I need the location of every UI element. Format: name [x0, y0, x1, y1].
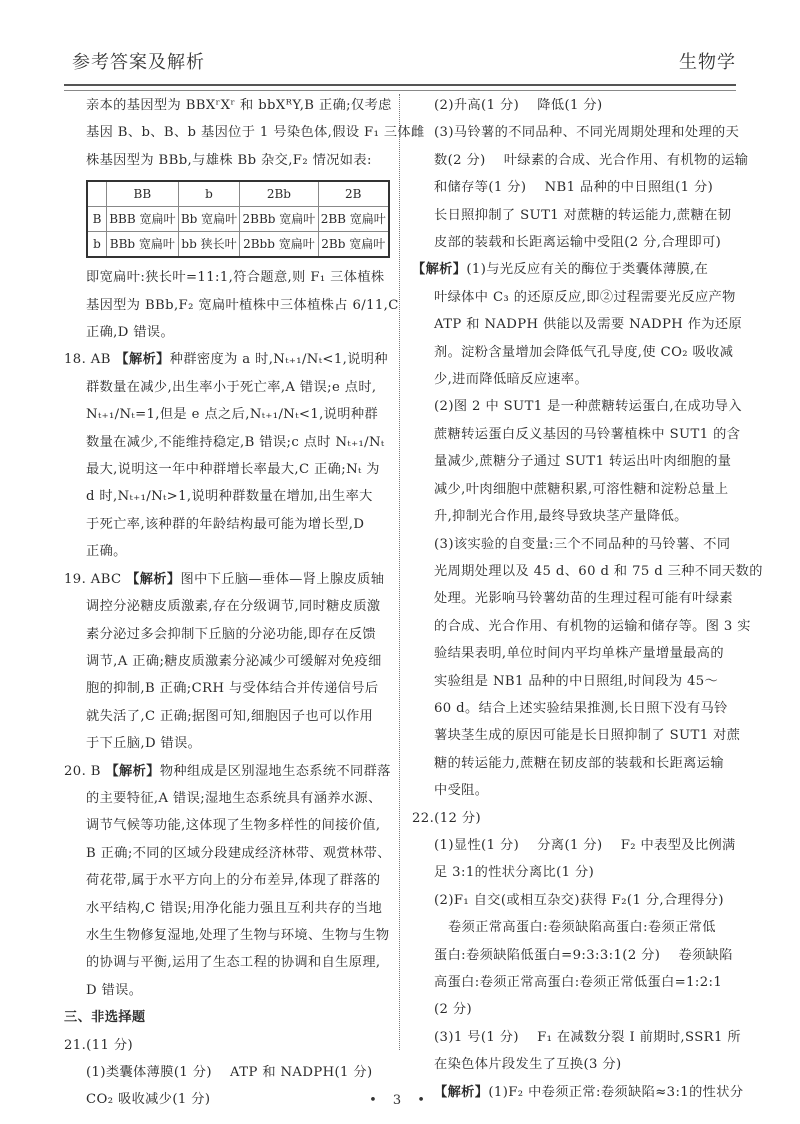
question-number: 20. — [64, 764, 86, 779]
table-header-cell: 2Bb — [240, 181, 318, 207]
text-line: 处理。光影响马铃薯幼苗的生理过程可能有叶绿素 — [412, 585, 736, 612]
table-cell: Bb 宽扁叶 — [178, 207, 240, 232]
text-line: 少,进而降低暗反应速率。 — [412, 366, 736, 393]
text: 图中下丘脑—垂体—肾上腺皮质轴 — [180, 572, 384, 587]
text-line: 株基因型为 BBb,与雄株 Bb 杂交,F₂ 情况如表: — [64, 147, 390, 174]
header-title-right: 生物学 — [679, 48, 736, 74]
table-cell: 2Bbb 宽扁叶 — [240, 232, 318, 258]
text-line: (1)显性(1 分) 分离(1 分) F₂ 中表型及比例满 — [412, 832, 736, 859]
text-line: 调控分泌糖皮质激素,存在分级调节,同时糖皮质激 — [64, 593, 390, 620]
question-21-header: 21.(11 分) — [64, 1032, 390, 1059]
text: 物种组成是区别湿地生态系统不同群落 — [160, 764, 391, 779]
text-line: 最大,说明这一年中种群增长率最大,C 正确;Nₜ 为 — [64, 456, 390, 483]
text-line: 皮部的装载和长距离运输中受阻(2 分,合理即可) — [412, 229, 736, 256]
text-line: 调节,A 正确;糖皮质激素分泌减少可缓解对免疫细 — [64, 648, 390, 675]
text-line: 水平结构,C 错误;用净化能力强且互利共存的当地 — [64, 895, 390, 922]
left-column: 亲本的基因型为 BBXʳXʳ 和 bbXᴿY,B 正确;仅考虑 基因 B、b、B… — [64, 92, 390, 1114]
text-line: 胞的抑制,B 正确;CRH 与受体结合并传递信号后 — [64, 675, 390, 702]
text-line: 和储存等(1 分) NB1 品种的中日照组(1 分) — [412, 174, 736, 201]
text-line: 数量在减少,不能维持稳定,B 错误;c 点时 Nₜ₊₁/Nₜ — [64, 429, 390, 456]
text-line: 的主要特征,A 错误;湿地生态系统具有涵养水源、 — [64, 785, 390, 812]
text-line: 在染色体片段发生了互换(3 分) — [412, 1051, 736, 1078]
text-line: 糖的转运能力,蔗糖在韧皮部的装载和长距离运输 — [412, 750, 736, 777]
genotype-table: BB b 2Bb 2B B BBB 宽扁叶 Bb 宽扁叶 2BBb 宽扁叶 2B… — [86, 180, 390, 258]
text-line: ATP 和 NADPH 供能以及需要 NADPH 作为还原 — [412, 311, 736, 338]
table-header-cell: b — [178, 181, 240, 207]
text-line: 中受阻。 — [412, 777, 736, 804]
text-line: 基因型为 BBb,F₂ 宽扁叶植株中三体植株占 6/11,C — [64, 292, 390, 319]
answer: B — [91, 764, 101, 779]
table-row-header: b — [87, 232, 107, 258]
text-line: 的合成、光合作用、有机物的运输和储存等。图 3 实 — [412, 613, 736, 640]
text-line: 减少,叶肉细胞中蔗糖积累,可溶性糖和淀粉总量上 — [412, 476, 736, 503]
table-header-cell: 2B — [318, 181, 389, 207]
table-row: b BBb 宽扁叶 bb 狭长叶 2Bbb 宽扁叶 2Bb 宽扁叶 — [87, 232, 389, 258]
page-header: 参考答案及解析 生物学 — [64, 40, 736, 80]
table-cell: 2BB 宽扁叶 — [318, 207, 389, 232]
text-line: 数(2 分) 叶绿素的合成、光合作用、有机物的运输 — [412, 147, 736, 174]
question-18: 18. AB 【解析】种群密度为 a 时,Nₜ₊₁/Nₜ<1,说明种 — [64, 346, 390, 373]
text-line: 正确。 — [64, 538, 390, 565]
table-row-header: B — [87, 207, 107, 232]
text-line: 蛋白:卷须缺陷低蛋白=9:3:3:1(2 分) 卷须缺陷 — [412, 942, 736, 969]
table-cell: bb 狭长叶 — [178, 232, 240, 258]
column-divider — [399, 94, 400, 1050]
text-line: Nₜ₊₁/Nₜ=1,但是 e 点之后,Nₜ₊₁/Nₜ<1,说明种群 — [64, 401, 390, 428]
analysis-label: 【解析】 — [126, 572, 180, 587]
text-line: 验结果表明,单位时间内平均单株产量增量最高的 — [412, 640, 736, 667]
table-cell: BBb 宽扁叶 — [107, 232, 179, 258]
text-line: 光周期处理以及 45 d、60 d 和 75 d 三种不同天数的 — [412, 558, 736, 585]
text-line: 叶绿体中 C₃ 的还原反应,即②过程需要光反应产物 — [412, 284, 736, 311]
text-line: 调节气候等功能,这体现了生物多样性的间接价值, — [64, 812, 390, 839]
answer: ABC — [91, 572, 122, 587]
table-header-row: BB b 2Bb 2B — [87, 181, 389, 207]
analysis-label: 【解析】 — [115, 352, 169, 367]
text-line: 群数量在减少,出生率小于死亡率,A 错误;e 点时, — [64, 374, 390, 401]
text-line: (3)1 号(1 分) F₁ 在减数分裂 Ⅰ 前期时,SSR1 所 — [412, 1024, 736, 1051]
text-line: 量减少,蔗糖分子通过 SUT1 转运出叶肉细胞的量 — [412, 448, 736, 475]
text-line: 剂。淀粉含量增加会降低气孔导度,使 CO₂ 吸收减 — [412, 339, 736, 366]
page-number: • 3 • — [0, 1093, 800, 1108]
text-line: 基因 B、b、B、b 基因位于 1 号染色体,假设 F₁ 三体雌 — [64, 119, 390, 146]
text-line: 的协调与平衡,运用了生态工程的协调和自生原理, — [64, 949, 390, 976]
question-19: 19. ABC 【解析】图中下丘脑—垂体—肾上腺皮质轴 — [64, 566, 390, 593]
text-line: 于死亡率,该种群的年龄结构最可能为增长型,D — [64, 511, 390, 538]
text-line: 60 d。结合上述实验结果推测,长日照下没有马铃 — [412, 695, 736, 722]
text: (1)与光反应有关的酶位于类囊体薄膜,在 — [466, 262, 708, 277]
text-line: 于下丘脑,D 错误。 — [64, 730, 390, 757]
text-line: d 时,Nₜ₊₁/Nₜ>1,说明种群数量在增加,出生率大 — [64, 483, 390, 510]
text-line: B 正确;不同的区域分段建成经济林带、观赏林带、 — [64, 840, 390, 867]
text-line: (2 分) — [412, 996, 736, 1023]
text-line: 正确,D 错误。 — [64, 319, 390, 346]
text-line: 长日照抑制了 SUT1 对蔗糖的转运能力,蔗糖在韧 — [412, 202, 736, 229]
text-line: 荷花带,属于水平方向上的分布差异,体现了群落的 — [64, 867, 390, 894]
question-22-header: 22.(12 分) — [412, 805, 736, 832]
text-line: (3)马铃薯的不同品种、不同光周期处理和处理的天 — [412, 119, 736, 146]
table-cell: BBB 宽扁叶 — [107, 207, 179, 232]
text-line: 足 3:1的性状分离比(1 分) — [412, 859, 736, 886]
table-cell: 2Bb 宽扁叶 — [318, 232, 389, 258]
table-header-cell: BB — [107, 181, 179, 207]
table-cell: 2BBb 宽扁叶 — [240, 207, 318, 232]
text-line: D 错误。 — [64, 977, 390, 1004]
text-line: 实验组是 NB1 品种的中日照组,时间段为 45～ — [412, 668, 736, 695]
text: 种群密度为 a 时,Nₜ₊₁/Nₜ<1,说明种 — [170, 352, 388, 367]
answer: AB — [91, 352, 111, 367]
question-20: 20. B 【解析】物种组成是区别湿地生态系统不同群落 — [64, 758, 390, 785]
analysis-label: 【解析】 — [105, 764, 159, 779]
text-line: 高蛋白:卷须正常高蛋白:卷须正常低蛋白=1:2:1 — [412, 969, 736, 996]
text-line: 素分泌过多会抑制下丘脑的分泌功能,即存在反馈 — [64, 621, 390, 648]
text-line: 亲本的基因型为 BBXʳXʳ 和 bbXᴿY,B 正确;仅考虑 — [64, 92, 390, 119]
text-line: (2)图 2 中 SUT1 是一种蔗糖转运蛋白,在成功导入 — [412, 393, 736, 420]
text-line: 卷须正常高蛋白:卷须缺陷高蛋白:卷须正常低 — [412, 914, 736, 941]
text-line: (1)类囊体薄膜(1 分) ATP 和 NADPH(1 分) — [64, 1059, 390, 1086]
text-line: 水生生物修复湿地,处理了生物与环境、生物与生物 — [64, 922, 390, 949]
analysis-line: 【解析】(1)与光反应有关的酶位于类囊体薄膜,在 — [412, 256, 736, 283]
text-line: (2)升高(1 分) 降低(1 分) — [412, 92, 736, 119]
question-number: 18. — [64, 352, 86, 367]
table-cell — [87, 181, 107, 207]
right-column: (2)升高(1 分) 降低(1 分) (3)马铃薯的不同品种、不同光周期处理和处… — [412, 92, 736, 1106]
header-title-left: 参考答案及解析 — [72, 48, 205, 74]
section-title: 三、非选择题 — [64, 1004, 390, 1031]
text-line: 薯块茎生成的原因可能是长日照抑制了 SUT1 对蔗 — [412, 722, 736, 749]
text-line: (3)该实验的自变量:三个不同品种的马铃薯、不同 — [412, 531, 736, 558]
text-line: 即宽扁叶:狭长叶=11:1,符合题意,则 F₁ 三体植株 — [64, 264, 390, 291]
text-line: 就失活了,C 正确;据图可知,细胞因子也可以作用 — [64, 703, 390, 730]
question-number: 19. — [64, 572, 86, 587]
text-line: 蔗糖转运蛋白反义基因的马铃薯植株中 SUT1 的含 — [412, 421, 736, 448]
header-rule — [64, 84, 736, 91]
table-row: B BBB 宽扁叶 Bb 宽扁叶 2BBb 宽扁叶 2BB 宽扁叶 — [87, 207, 389, 232]
text-line: (2)F₁ 自交(或相互杂交)获得 F₂(1 分,合理得分) — [412, 887, 736, 914]
text-line: 升,抑制光合作用,最终导致块茎产量降低。 — [412, 503, 736, 530]
analysis-label: 【解析】 — [412, 262, 466, 277]
